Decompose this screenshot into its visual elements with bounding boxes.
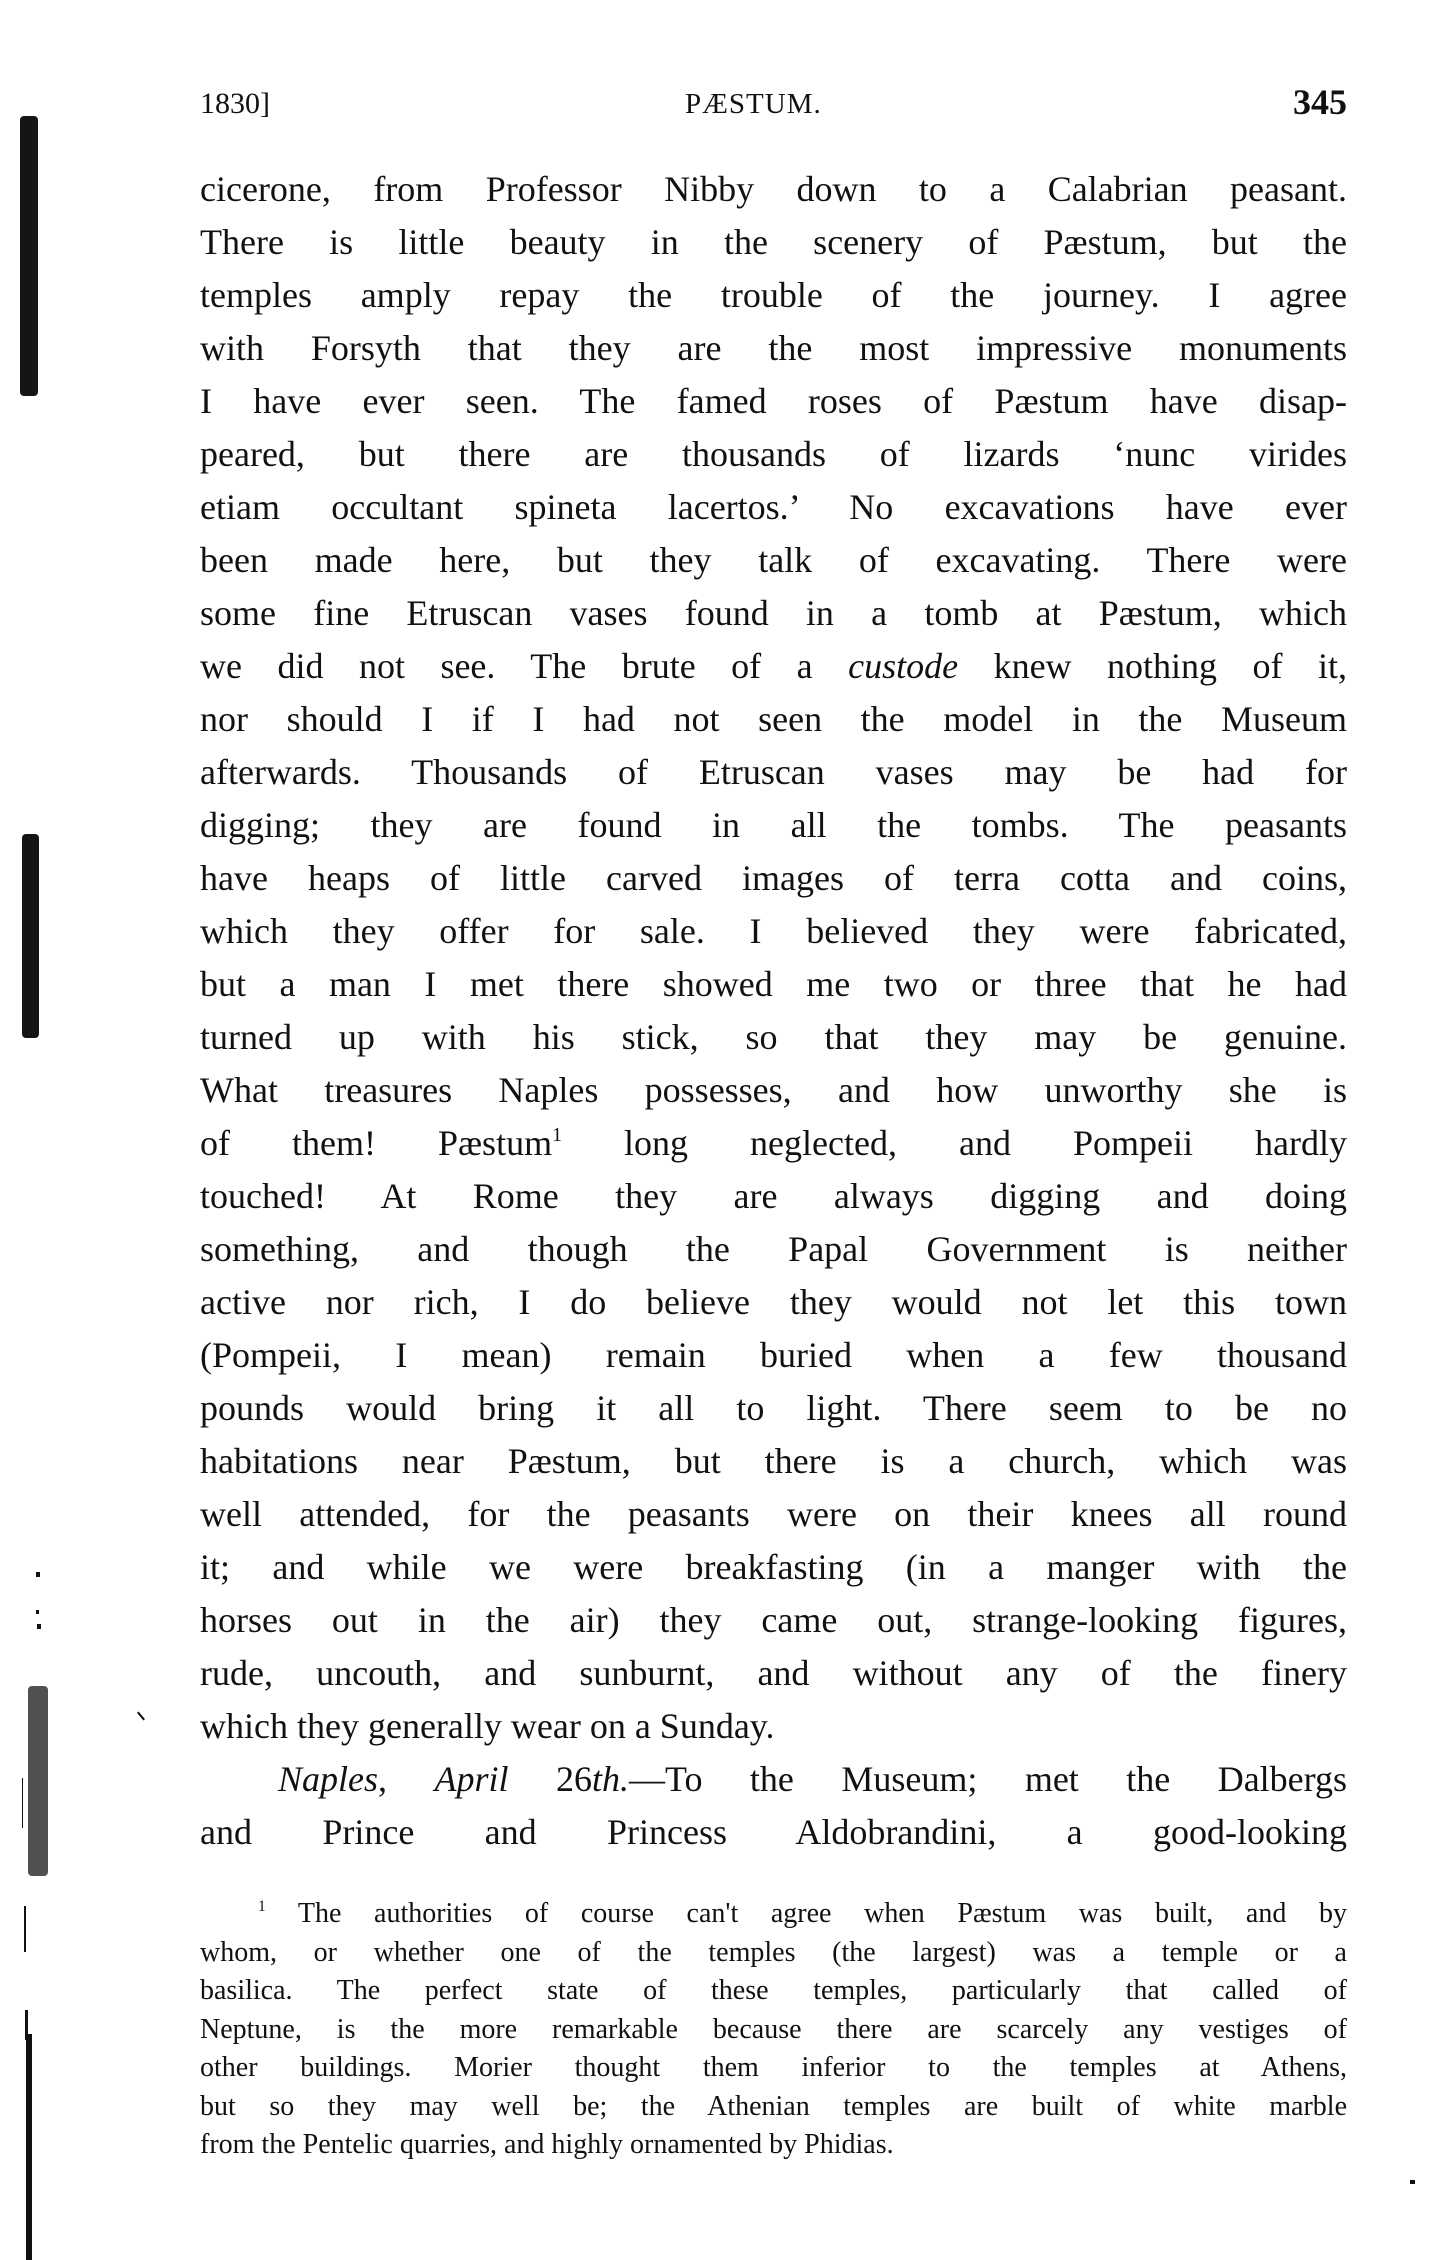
scan-artifact-margin-middle [22,834,39,1038]
body-line: something, and though the Papal Governme… [200,1223,1347,1275]
space [509,1759,556,1799]
body-line: have heaps of little carved images of te… [200,852,1347,904]
entry-day: 26 [556,1759,592,1799]
body-line: temples amply repay the trouble of the j… [200,269,1347,321]
footnote-line: Neptune, is the more remarkable because … [200,2011,1347,2049]
body-line: (Pompeii, I mean) remain buried when a f… [200,1329,1347,1381]
entry-day-suffix: th. [592,1759,629,1799]
body-line: There is little beauty in the scenery of… [200,216,1347,268]
body-line: turned up with his stick, so that they m… [200,1011,1347,1063]
body-line: cicerone, from Professor Nibby down to a… [200,163,1347,215]
scan-line-mark [24,1906,26,1952]
body-line: peared, but there are thousands of lizar… [200,428,1347,480]
scan-speck [36,1610,39,1614]
body-line: etiam occultant spineta lacertos.’ No ex… [200,481,1347,533]
text-run: The authorities of course can't agree wh… [298,1898,1347,1929]
body-line: well attended, for the peasants were on … [200,1488,1347,1540]
scan-speck [37,1624,41,1629]
scan-line-mark [22,1778,23,1828]
scan-speck [137,1712,145,1721]
body-line: pounds would bring it all to light. Ther… [200,1382,1347,1434]
footnote-line: 1 The authorities of course can't agree … [258,1895,1347,1933]
body-line: which they generally wear on a Sunday. [200,1700,1347,1752]
footnote-line: other buildings. Morier thought them inf… [200,2049,1347,2087]
running-head-year: 1830] [200,84,270,124]
body-line: of them! Pæstum1 long neglected, and Pom… [200,1117,1347,1169]
space [266,1898,298,1929]
body-line: rude, uncouth, and sunburnt, and without… [200,1647,1347,1699]
scan-speck [36,1572,40,1577]
scan-artifact-margin-lower [28,1686,48,1876]
comma: , [378,1759,434,1799]
entry-month: April [434,1759,508,1799]
text-run: knew nothing of it, [958,646,1347,686]
book-page: 1830] PÆSTUM. 345 cicerone, from Profess… [0,0,1440,2260]
diary-entry-heading-line: Naples, April 26th.—To the Museum; met t… [278,1753,1347,1805]
body-line: nor should I if I had not seen the model… [200,693,1347,745]
body-line: touched! At Rome they are always digging… [200,1170,1347,1222]
scan-line-mark [26,2034,32,2260]
text-run: —To the Museum; met the Dalbergs [629,1759,1347,1799]
page-number: 345 [1293,82,1347,122]
body-line: it; and while we were breakfasting (in a… [200,1541,1347,1593]
body-line: I have ever seen. The famed roses of Pæs… [200,375,1347,427]
footnote-marker: 1 [258,1898,266,1915]
text-run: we did not see. The brute of a [200,646,848,686]
text-run: of them! Pæstum [200,1123,552,1163]
text-run: long neglected, and Pompeii hardly [562,1123,1347,1163]
body-line: with Forsyth that they are the most impr… [200,322,1347,374]
footnote-line: but so they may well be; the Athenian te… [200,2088,1347,2126]
body-line: afterwards. Thousands of Etruscan vases … [200,746,1347,798]
footnote-line: whom, or whether one of the temples (the… [200,1934,1347,1972]
scan-artifact-margin-top [20,116,38,396]
footnote-line: from the Pentelic quarries, and highly o… [200,2126,1347,2164]
body-line: which they offer for sale. I believed th… [200,905,1347,957]
body-line: habitations near Pæstum, but there is a … [200,1435,1347,1487]
body-line: we did not see. The brute of a custode k… [200,640,1347,692]
body-line: some fine Etruscan vases found in a tomb… [200,587,1347,639]
body-line: active nor rich, I do believe they would… [200,1276,1347,1328]
body-line: but a man I met there showed me two or t… [200,958,1347,1010]
scan-speck [1410,2180,1415,2184]
entry-place: Naples [278,1759,378,1799]
body-line: and Prince and Princess Aldobrandini, a … [200,1806,1347,1858]
body-line: horses out in the air) they came out, st… [200,1594,1347,1646]
footnote-line: basilica. The perfect state of these tem… [200,1972,1347,2010]
body-line: What treasures Naples possesses, and how… [200,1064,1347,1116]
body-line: digging; they are found in all the tombs… [200,799,1347,851]
running-head-title: PÆSTUM. [685,84,822,124]
body-line: been made here, but they talk of excavat… [200,534,1347,586]
footnote-reference[interactable]: 1 [552,1124,562,1146]
running-head: 1830] PÆSTUM. 345 [200,84,1347,124]
italic-term-custode: custode [848,646,958,686]
